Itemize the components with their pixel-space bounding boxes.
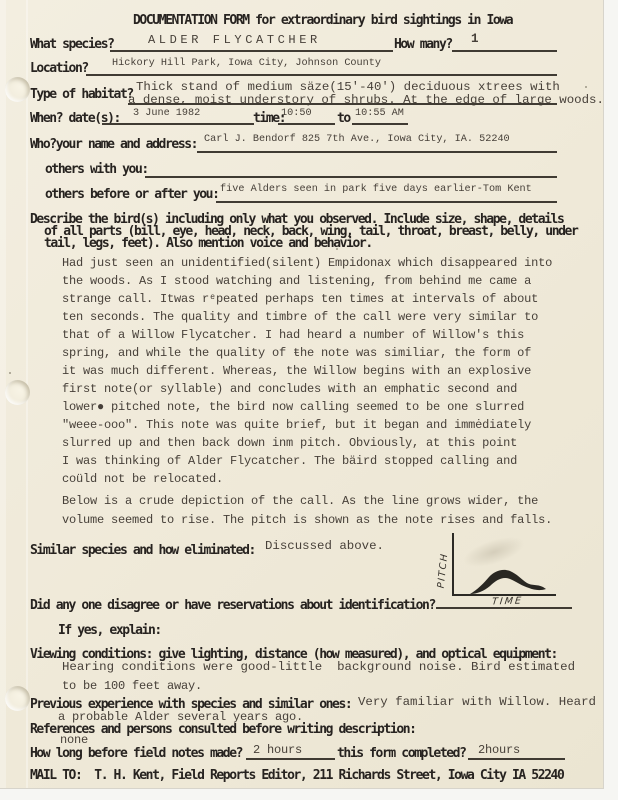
sketch-y-axis bbox=[452, 533, 454, 595]
notes-made-label: How long before field notes made? bbox=[30, 746, 242, 761]
description-line: the woods. As I stood watching and liste… bbox=[62, 274, 531, 288]
to-label: to bbox=[337, 111, 350, 126]
others-with-underline bbox=[145, 176, 557, 178]
notes-made-value: 2 hours bbox=[253, 743, 302, 757]
disagree-label: Did any one disagree or have reservation… bbox=[30, 598, 435, 613]
description-line: spring, and while the quality of ŧhe not… bbox=[62, 346, 531, 360]
description-line: lower● pitched note, the bird now callin… bbox=[62, 400, 524, 414]
ink-speck bbox=[585, 86, 587, 88]
description-line: Had just seen an unidentified(silent) Em… bbox=[62, 256, 552, 270]
others-with-label: others with you: bbox=[45, 162, 148, 177]
description-line: coüld not be relocated. bbox=[62, 472, 223, 486]
form-title: DOCUMENTATION FORM for extraordinary bir… bbox=[133, 13, 512, 28]
how-many-underline bbox=[452, 50, 557, 52]
paper-sheet: DOCUMENTATION FORM for extraordinary bir… bbox=[0, 0, 604, 789]
who-value: Carl J. Bendorf 825 7th Ave., Iowa City,… bbox=[204, 134, 510, 145]
location-label: Location? bbox=[30, 61, 88, 76]
description-line: volume seemed to rise. The pitch is show… bbox=[62, 513, 552, 527]
ink-speck bbox=[9, 372, 11, 374]
punch-hole-bottom bbox=[5, 686, 30, 711]
time-from-value: 10:50 bbox=[281, 108, 312, 119]
habitat-value-line2: a dense, moist understory of shrubs. At … bbox=[128, 93, 604, 107]
description-line: ten seconds. The quality and timbre of t… bbox=[62, 310, 538, 324]
similar-species-value: Discussed above. bbox=[265, 539, 384, 553]
form-completed-label: this form completed? bbox=[337, 746, 466, 761]
form-completed-underline bbox=[468, 758, 565, 760]
who-label: Who?your name and address: bbox=[30, 137, 197, 152]
description-line: "weee-ooo". This note was quite brief, b… bbox=[62, 418, 531, 432]
species-value: ALDER FLYCATCHER bbox=[148, 33, 321, 47]
species-underline bbox=[110, 50, 393, 52]
species-label: What species? bbox=[30, 37, 114, 52]
mail-to-line: MAIL TO: T. H. Kent, Field Reports Edito… bbox=[30, 768, 563, 783]
description-line: first note(or syllable) and concludes wi… bbox=[62, 382, 517, 396]
if-yes-label: If yes, explain: bbox=[58, 623, 161, 638]
how-many-value: 1 bbox=[471, 32, 478, 46]
others-after-label: others before or after you: bbox=[45, 187, 219, 202]
references-value: none bbox=[60, 733, 88, 747]
description-line: that of a Willow Flycatcher. I had heard… bbox=[62, 328, 524, 342]
habitat-label: Type of habitat? bbox=[30, 87, 133, 102]
sketch-pitch-label: PITCH bbox=[435, 548, 451, 593]
time-to-value: 10:55 AM bbox=[355, 108, 404, 119]
description-line: Below is a crude depiction of the call. … bbox=[62, 494, 538, 508]
time-to-underline bbox=[352, 123, 408, 125]
description-line: strange call. Itwas rᵉpeated perhaps ten… bbox=[62, 292, 538, 306]
viewing-conditions-line1: Hearing conditions were good-little back… bbox=[62, 660, 575, 674]
description-line: slurred up and then back down inm pitch.… bbox=[62, 436, 517, 450]
punch-hole-middle bbox=[5, 380, 30, 405]
description-line: I was thinking of Alder Flycatcher. The … bbox=[62, 454, 517, 468]
how-many-label: How many? bbox=[394, 37, 452, 52]
others-after-underline bbox=[216, 201, 557, 203]
location-value: Hickory Hill Park, Iowa City, Johnson Co… bbox=[112, 58, 381, 69]
others-after-value: five Alders seen in park five days earli… bbox=[220, 184, 532, 195]
notes-made-underline bbox=[246, 758, 335, 760]
call-shape-drawing bbox=[460, 562, 554, 600]
habitat-underline bbox=[128, 103, 557, 105]
location-underline bbox=[86, 74, 557, 76]
describe-prompt-line3: tail, legs, feet). Also mention voice an… bbox=[44, 236, 372, 251]
who-underline bbox=[197, 151, 557, 153]
viewing-conditions-line2: to be 100 feet away. bbox=[62, 679, 202, 693]
date-underline bbox=[102, 123, 254, 125]
disagree-underline bbox=[436, 607, 572, 609]
previous-experience-value1: Very familiar with Willow. Heard bbox=[358, 695, 596, 709]
description-line: it was much different. Whereas, the Will… bbox=[62, 364, 531, 378]
call-brush-stroke bbox=[470, 570, 546, 594]
time-from-underline bbox=[278, 123, 335, 125]
scanned-document-page: { "doc": { "title": "DOCUMENTATION FORM … bbox=[0, 0, 618, 800]
form-completed-value: 2hours bbox=[478, 743, 520, 757]
date-value: 3 June 1982 bbox=[133, 108, 200, 119]
habitat-value-line1: Thick stand of medium säze(15'-40') deci… bbox=[136, 80, 560, 94]
similar-species-label: Similar species and how eliminated: bbox=[30, 543, 255, 558]
punch-hole-top bbox=[5, 77, 30, 102]
